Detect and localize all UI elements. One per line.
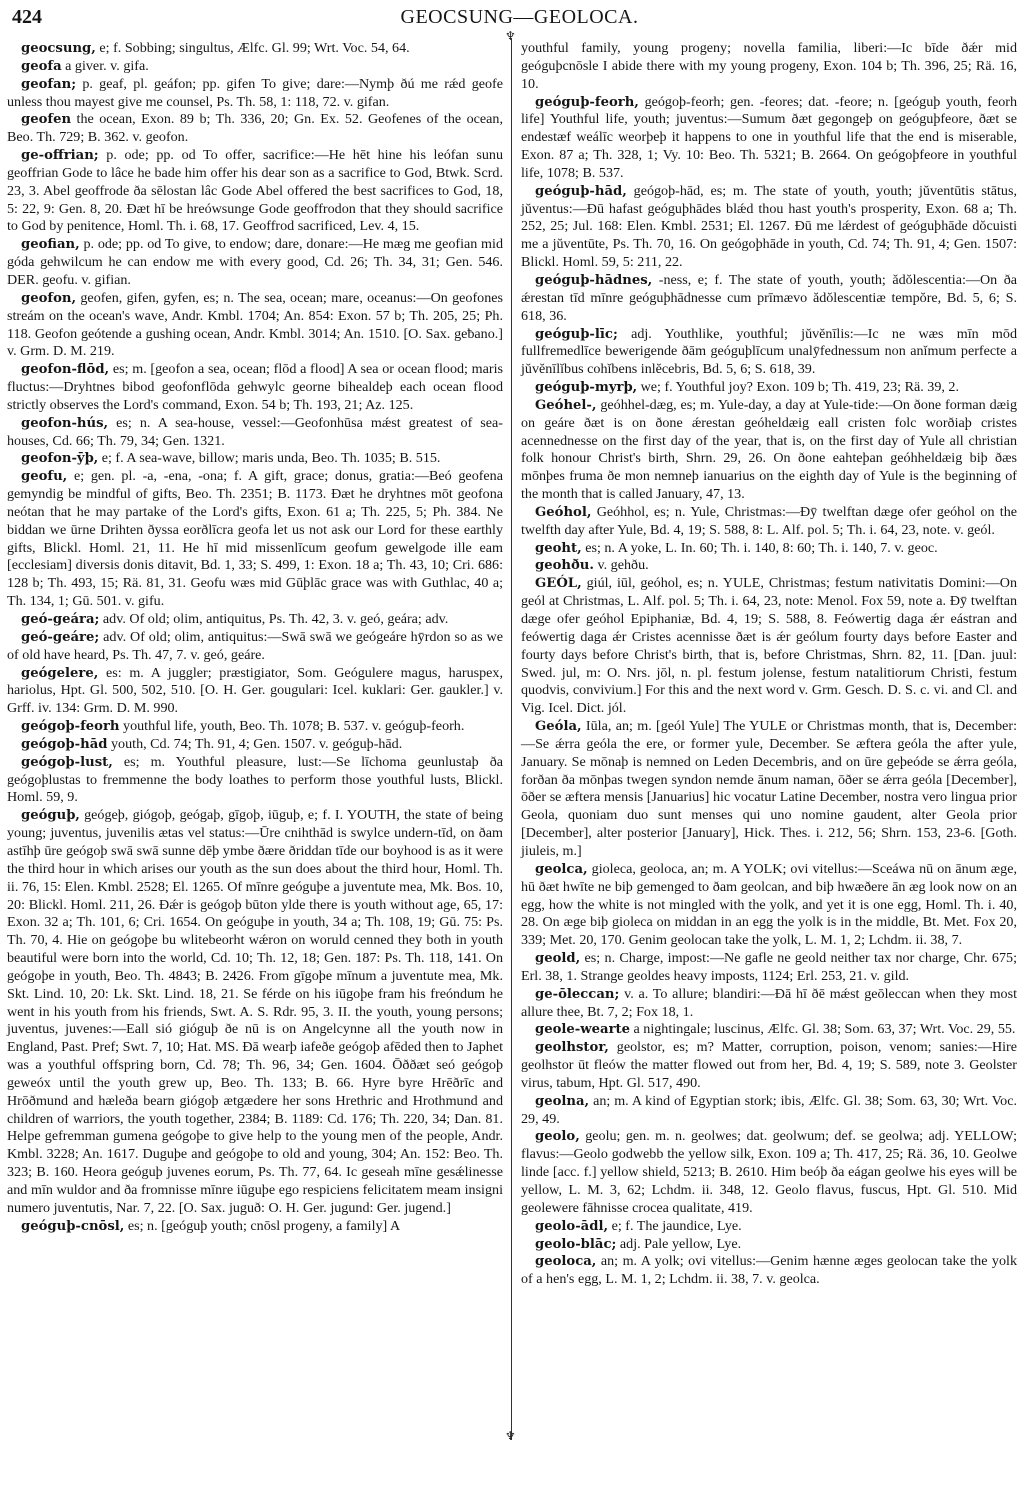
dictionary-entry: geofon-ȳþ, e; f. A sea-wave, billow; mar… bbox=[7, 450, 503, 468]
entry-definition: e; gen. pl. -a, -ena, -ona; f. A gift, g… bbox=[7, 468, 503, 609]
entry-headword: geohðu. bbox=[535, 558, 594, 573]
entry-headword: ge-offrian; bbox=[21, 148, 99, 163]
dictionary-entry: geóguþ-līc; adj. Youthlike, youthful; jŭ… bbox=[521, 326, 1017, 380]
entry-headword: geógoþ-lust, bbox=[21, 755, 113, 770]
dictionary-entry: geolna, an; m. A kind of Egyptian stork;… bbox=[521, 1093, 1017, 1129]
entry-headword: geolhstor, bbox=[535, 1040, 609, 1055]
dictionary-entry: youthful family, young progeny; novella … bbox=[521, 40, 1017, 94]
entry-headword: geofon-ȳþ, bbox=[21, 451, 98, 466]
entry-headword: geóguþ, bbox=[21, 808, 80, 823]
entry-definition: geofen, gifen, gyfen, es; n. The sea, oc… bbox=[7, 290, 503, 360]
dictionary-entry: GEÓL, giúl, iūl, geóhol, es; n. YULE, Ch… bbox=[521, 575, 1017, 718]
entry-headword: geógoþ-hād bbox=[21, 737, 107, 752]
entry-headword: geoloca, bbox=[535, 1254, 596, 1269]
entry-headword: Geóla, bbox=[535, 719, 582, 734]
dictionary-entry: geold, es; n. Charge, impost:—Ne gafle n… bbox=[521, 950, 1017, 986]
dictionary-entry: geógelere, es: m. A juggler; præstigiato… bbox=[7, 665, 503, 719]
entry-headword: geógoþ-feorh bbox=[21, 719, 120, 734]
dictionary-entry: geofen the ocean, Exon. 89 b; Th. 336, 2… bbox=[7, 111, 503, 147]
dictionary-entry: geóguþ-feorh, geógoþ-feorh; gen. -feores… bbox=[521, 94, 1017, 183]
left-column: geocsung, e; f. Sobbing; singultus, Ælfc… bbox=[7, 40, 503, 1236]
dictionary-entry: geó-geáre; adv. Of old; olim, antiquitus… bbox=[7, 629, 503, 665]
entry-headword: geóguþ-myrþ, bbox=[535, 380, 637, 395]
dictionary-entry: geofon-hús, es; n. A sea-house, vessel:—… bbox=[7, 415, 503, 451]
entry-definition: e; f. A sea-wave, billow; maris unda, Be… bbox=[98, 450, 440, 466]
entry-definition: Geóhhol, es; n. Yule, Christmas:—Ðȳ twel… bbox=[521, 504, 1017, 538]
dictionary-entry: geoloca, an; m. A yolk; ovi vitellus:—Ge… bbox=[521, 1253, 1017, 1289]
dictionary-entry: geofon-flōd, es; m. [geofon a sea, ocean… bbox=[7, 361, 503, 415]
dictionary-entry: geóguþ-myrþ, we; f. Youthful joy? Exon. … bbox=[521, 379, 1017, 397]
dictionary-entry: Geóhol, Geóhhol, es; n. Yule, Christmas:… bbox=[521, 504, 1017, 540]
entry-headword: geofu, bbox=[21, 469, 67, 484]
dictionary-entry: geoht, es; n. A yoke, L. In. 60; Th. i. … bbox=[521, 540, 1017, 558]
dictionary-entry: geóguþ-hādnes, -ness, e; f. The state of… bbox=[521, 272, 1017, 326]
entry-headword: geofian, bbox=[21, 237, 80, 252]
entry-headword: geofon-hús, bbox=[21, 416, 108, 431]
dictionary-entry: geolo, geolu; gen. m. n. geolwes; dat. g… bbox=[521, 1128, 1017, 1217]
dictionary-entry: Geóhel-, geóhhel-dæg, es; m. Yule-day, a… bbox=[521, 397, 1017, 504]
entry-headword: geolo-ādl, bbox=[535, 1219, 608, 1234]
entry-definition: giúl, iūl, geóhol, es; n. YULE, Christma… bbox=[521, 575, 1017, 716]
entry-definition: the ocean, Exon. 89 b; Th. 336, 20; Gn. … bbox=[7, 111, 503, 145]
dictionary-entry: geógoþ-hād youth, Cd. 74; Th. 91, 4; Gen… bbox=[7, 736, 503, 754]
entry-headword: geofan; bbox=[21, 77, 76, 92]
dictionary-entry: geole-wearte a nightingale; luscinus, Æl… bbox=[521, 1021, 1017, 1039]
entry-definition: es; n. A yoke, L. In. 60; Th. i. 140, 8:… bbox=[582, 540, 938, 556]
dictionary-entry: geóguþ, geógeþ, giógoþ, geógaþ, gīgoþ, i… bbox=[7, 807, 503, 1217]
entry-headword: ge-ōleccan; bbox=[535, 987, 619, 1002]
entry-definition: a giver. v. gifa. bbox=[62, 58, 149, 74]
entry-headword: geóguþ-līc; bbox=[535, 327, 618, 342]
dictionary-entry: geohðu. v. gehðu. bbox=[521, 557, 1017, 575]
entry-headword: geógelere, bbox=[21, 666, 98, 681]
dictionary-entry: geofian, p. ode; pp. od To give, to endo… bbox=[7, 236, 503, 290]
dictionary-entry: geógoþ-feorh youthful life, youth, Beo. … bbox=[7, 718, 503, 736]
entry-definition: p. ode; pp. od To give, to endow; dare, … bbox=[7, 236, 503, 288]
entry-definition: youth, Cd. 74; Th. 91, 4; Gen. 1507. v. … bbox=[107, 736, 402, 752]
entry-definition: v. gehðu. bbox=[594, 557, 649, 573]
entry-definition: we; f. Youthful joy? Exon. 109 b; Th. 41… bbox=[637, 379, 959, 395]
entry-headword: geolo-blāc; bbox=[535, 1237, 616, 1252]
entry-headword: geofen bbox=[21, 112, 71, 127]
entry-definition: a nightingale; luscinus, Ælfc. Gl. 38; S… bbox=[630, 1021, 1015, 1037]
dictionary-entry: geó-geára; adv. Of old; olim, antiquitus… bbox=[7, 611, 503, 629]
dictionary-entry: ge-offrian; p. ode; pp. od To offer, sac… bbox=[7, 147, 503, 236]
entry-headword: geocsung, bbox=[21, 41, 96, 56]
entry-headword: Geóhel-, bbox=[535, 398, 597, 413]
entry-headword: geolo, bbox=[535, 1129, 580, 1144]
entry-definition: adv. Of old; olim, antiquitus, Ps. Th. 4… bbox=[99, 611, 448, 627]
dictionary-entry: geofa a giver. v. gifa. bbox=[7, 58, 503, 76]
entry-headword: geolca, bbox=[535, 862, 588, 877]
entry-headword: geofa bbox=[21, 59, 62, 74]
dictionary-entry: geolo-blāc; adj. Pale yellow, Lye. bbox=[521, 1236, 1017, 1254]
column-mark-bottom-icon: ♆ bbox=[505, 1430, 516, 1442]
entry-headword: geó-geára; bbox=[21, 612, 99, 627]
entry-definition: gioleca, geoloca, an; m. A YOLK; ovi vit… bbox=[521, 861, 1017, 948]
entry-definition: geolu; gen. m. n. geolwes; dat. geolwum;… bbox=[521, 1128, 1017, 1215]
entry-definition: an; m. A yolk; ovi vitellus:—Genim hænne… bbox=[521, 1253, 1017, 1287]
entry-definition: p. geaf, pl. geáfon; pp. gifen To give; … bbox=[7, 76, 503, 110]
dictionary-entry: geógoþ-lust, es; m. Youthful pleasure, l… bbox=[7, 754, 503, 808]
dictionary-entry: geofu, e; gen. pl. -a, -ena, -ona; f. A … bbox=[7, 468, 503, 611]
entry-definition: geógeþ, giógoþ, geógaþ, gīgoþ, iūguþ, e;… bbox=[7, 807, 503, 1216]
entry-headword: GEÓL, bbox=[535, 576, 582, 591]
entry-headword: Geóhol, bbox=[535, 505, 591, 520]
dictionary-entry: Geóla, Iūla, an; m. [geól Yule] The YULE… bbox=[521, 718, 1017, 861]
entry-headword: geóguþ-feorh, bbox=[535, 95, 639, 110]
entry-definition: adj. Pale yellow, Lye. bbox=[616, 1236, 741, 1252]
entry-definition: youthful life, youth, Beo. Th. 1078; B. … bbox=[120, 718, 465, 734]
right-column: youthful family, young progeny; novella … bbox=[521, 40, 1017, 1289]
dictionary-entry: ge-ōleccan; v. a. To allure; blandiri:—Ð… bbox=[521, 986, 1017, 1022]
entry-headword: geofon, bbox=[21, 291, 76, 306]
entry-definition: e; f. The jaundice, Lye. bbox=[608, 1218, 742, 1234]
entry-headword: geolna, bbox=[535, 1094, 589, 1109]
entry-headword: geofon-flōd, bbox=[21, 362, 109, 377]
entry-definition: youthful family, young progeny; novella … bbox=[521, 40, 1017, 92]
dictionary-entry: geóguþ-cnōsl, es; n. [geóguþ youth; cnōs… bbox=[7, 1218, 503, 1236]
dictionary-entry: geolca, gioleca, geoloca, an; m. A YOLK;… bbox=[521, 861, 1017, 950]
entry-headword: geole-wearte bbox=[535, 1022, 630, 1037]
column-divider bbox=[511, 38, 512, 1440]
entry-definition: e; f. Sobbing; singultus, Ælfc. Gl. 99; … bbox=[96, 40, 410, 56]
dictionary-entry: geolhstor, geolstor, es; m? Matter, corr… bbox=[521, 1039, 1017, 1093]
entry-definition: es; n. [geóguþ youth; cnōsl progeny, a f… bbox=[124, 1218, 400, 1234]
entry-headword: geóguþ-hādnes, bbox=[535, 273, 652, 288]
entry-definition: es; n. Charge, impost:—Ne gafle ne geold… bbox=[521, 950, 1017, 984]
entry-headword: geóguþ-hād, bbox=[535, 184, 627, 199]
entry-definition: an; m. A kind of Egyptian stork; ibis, Æ… bbox=[521, 1093, 1017, 1127]
dictionary-entry: geocsung, e; f. Sobbing; singultus, Ælfc… bbox=[7, 40, 503, 58]
dictionary-entry: geofon, geofen, gifen, gyfen, es; n. The… bbox=[7, 290, 503, 361]
dictionary-entry: geóguþ-hād, geógoþ-hād, es; m. The state… bbox=[521, 183, 1017, 272]
running-head: GEOCSUNG—GEOLOCA. bbox=[12, 6, 1027, 29]
entry-definition: Iūla, an; m. [geól Yule] The YULE or Chr… bbox=[521, 718, 1017, 859]
dictionary-entry: geofan; p. geaf, pl. geáfon; pp. gifen T… bbox=[7, 76, 503, 112]
page-header: 424 GEOCSUNG—GEOLOCA. bbox=[12, 6, 1027, 36]
dictionary-entry: geolo-ādl, e; f. The jaundice, Lye. bbox=[521, 1218, 1017, 1236]
entry-headword: geóguþ-cnōsl, bbox=[21, 1219, 124, 1234]
entry-headword: geold, bbox=[535, 951, 580, 966]
entry-headword: geoht, bbox=[535, 541, 582, 556]
entry-headword: geó-geáre; bbox=[21, 630, 99, 645]
